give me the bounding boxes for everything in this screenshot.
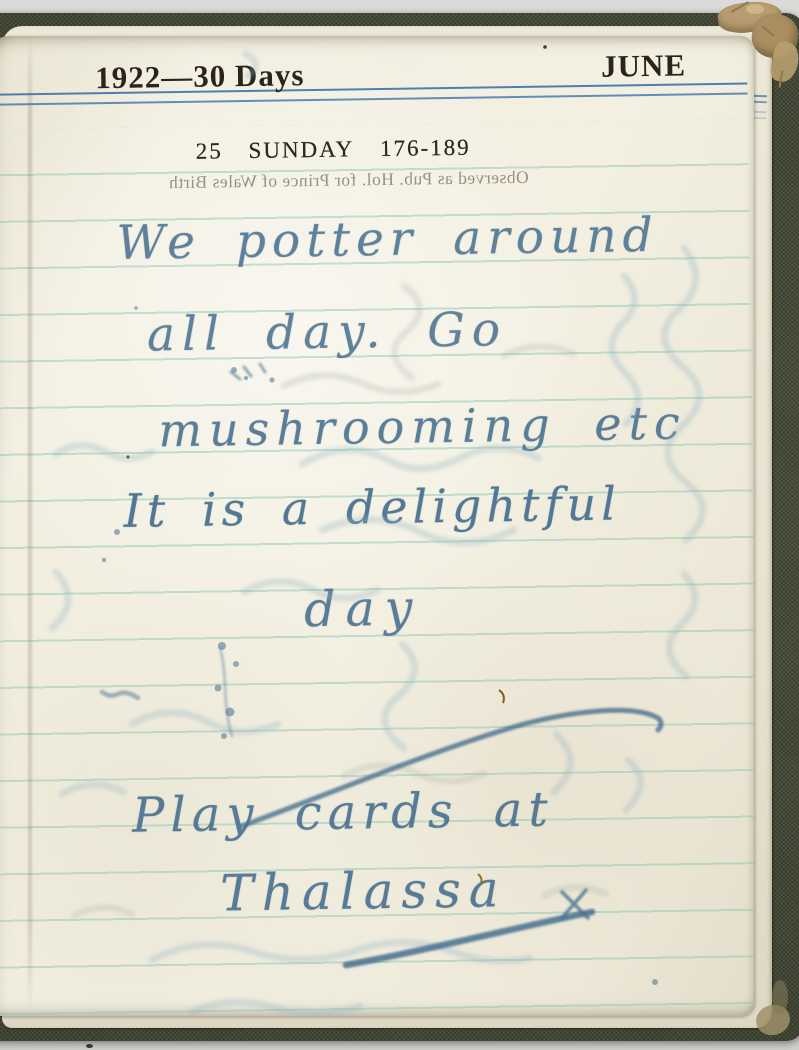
diary-page: 1922—30 Days JUNE 25 SUNDAY 176-189 Obse… xyxy=(0,36,754,1016)
dust-speck xyxy=(86,1044,93,1048)
swoosh-stroke xyxy=(242,710,661,826)
left-smear xyxy=(102,692,138,698)
bleedthrough-squiggles xyxy=(52,54,703,1014)
paper-specks xyxy=(126,45,546,884)
worn-corner-bottom xyxy=(772,980,788,1014)
diary-photo: 1922—30 Days JUNE 25 SUNDAY 176-189 Obse… xyxy=(0,0,799,1050)
gutter-crease xyxy=(28,36,32,1016)
worn-corner-highlight xyxy=(746,4,764,14)
smudge-streak xyxy=(220,648,232,736)
ink-blots xyxy=(102,306,658,985)
ink-strokes-overlay xyxy=(0,36,754,1016)
